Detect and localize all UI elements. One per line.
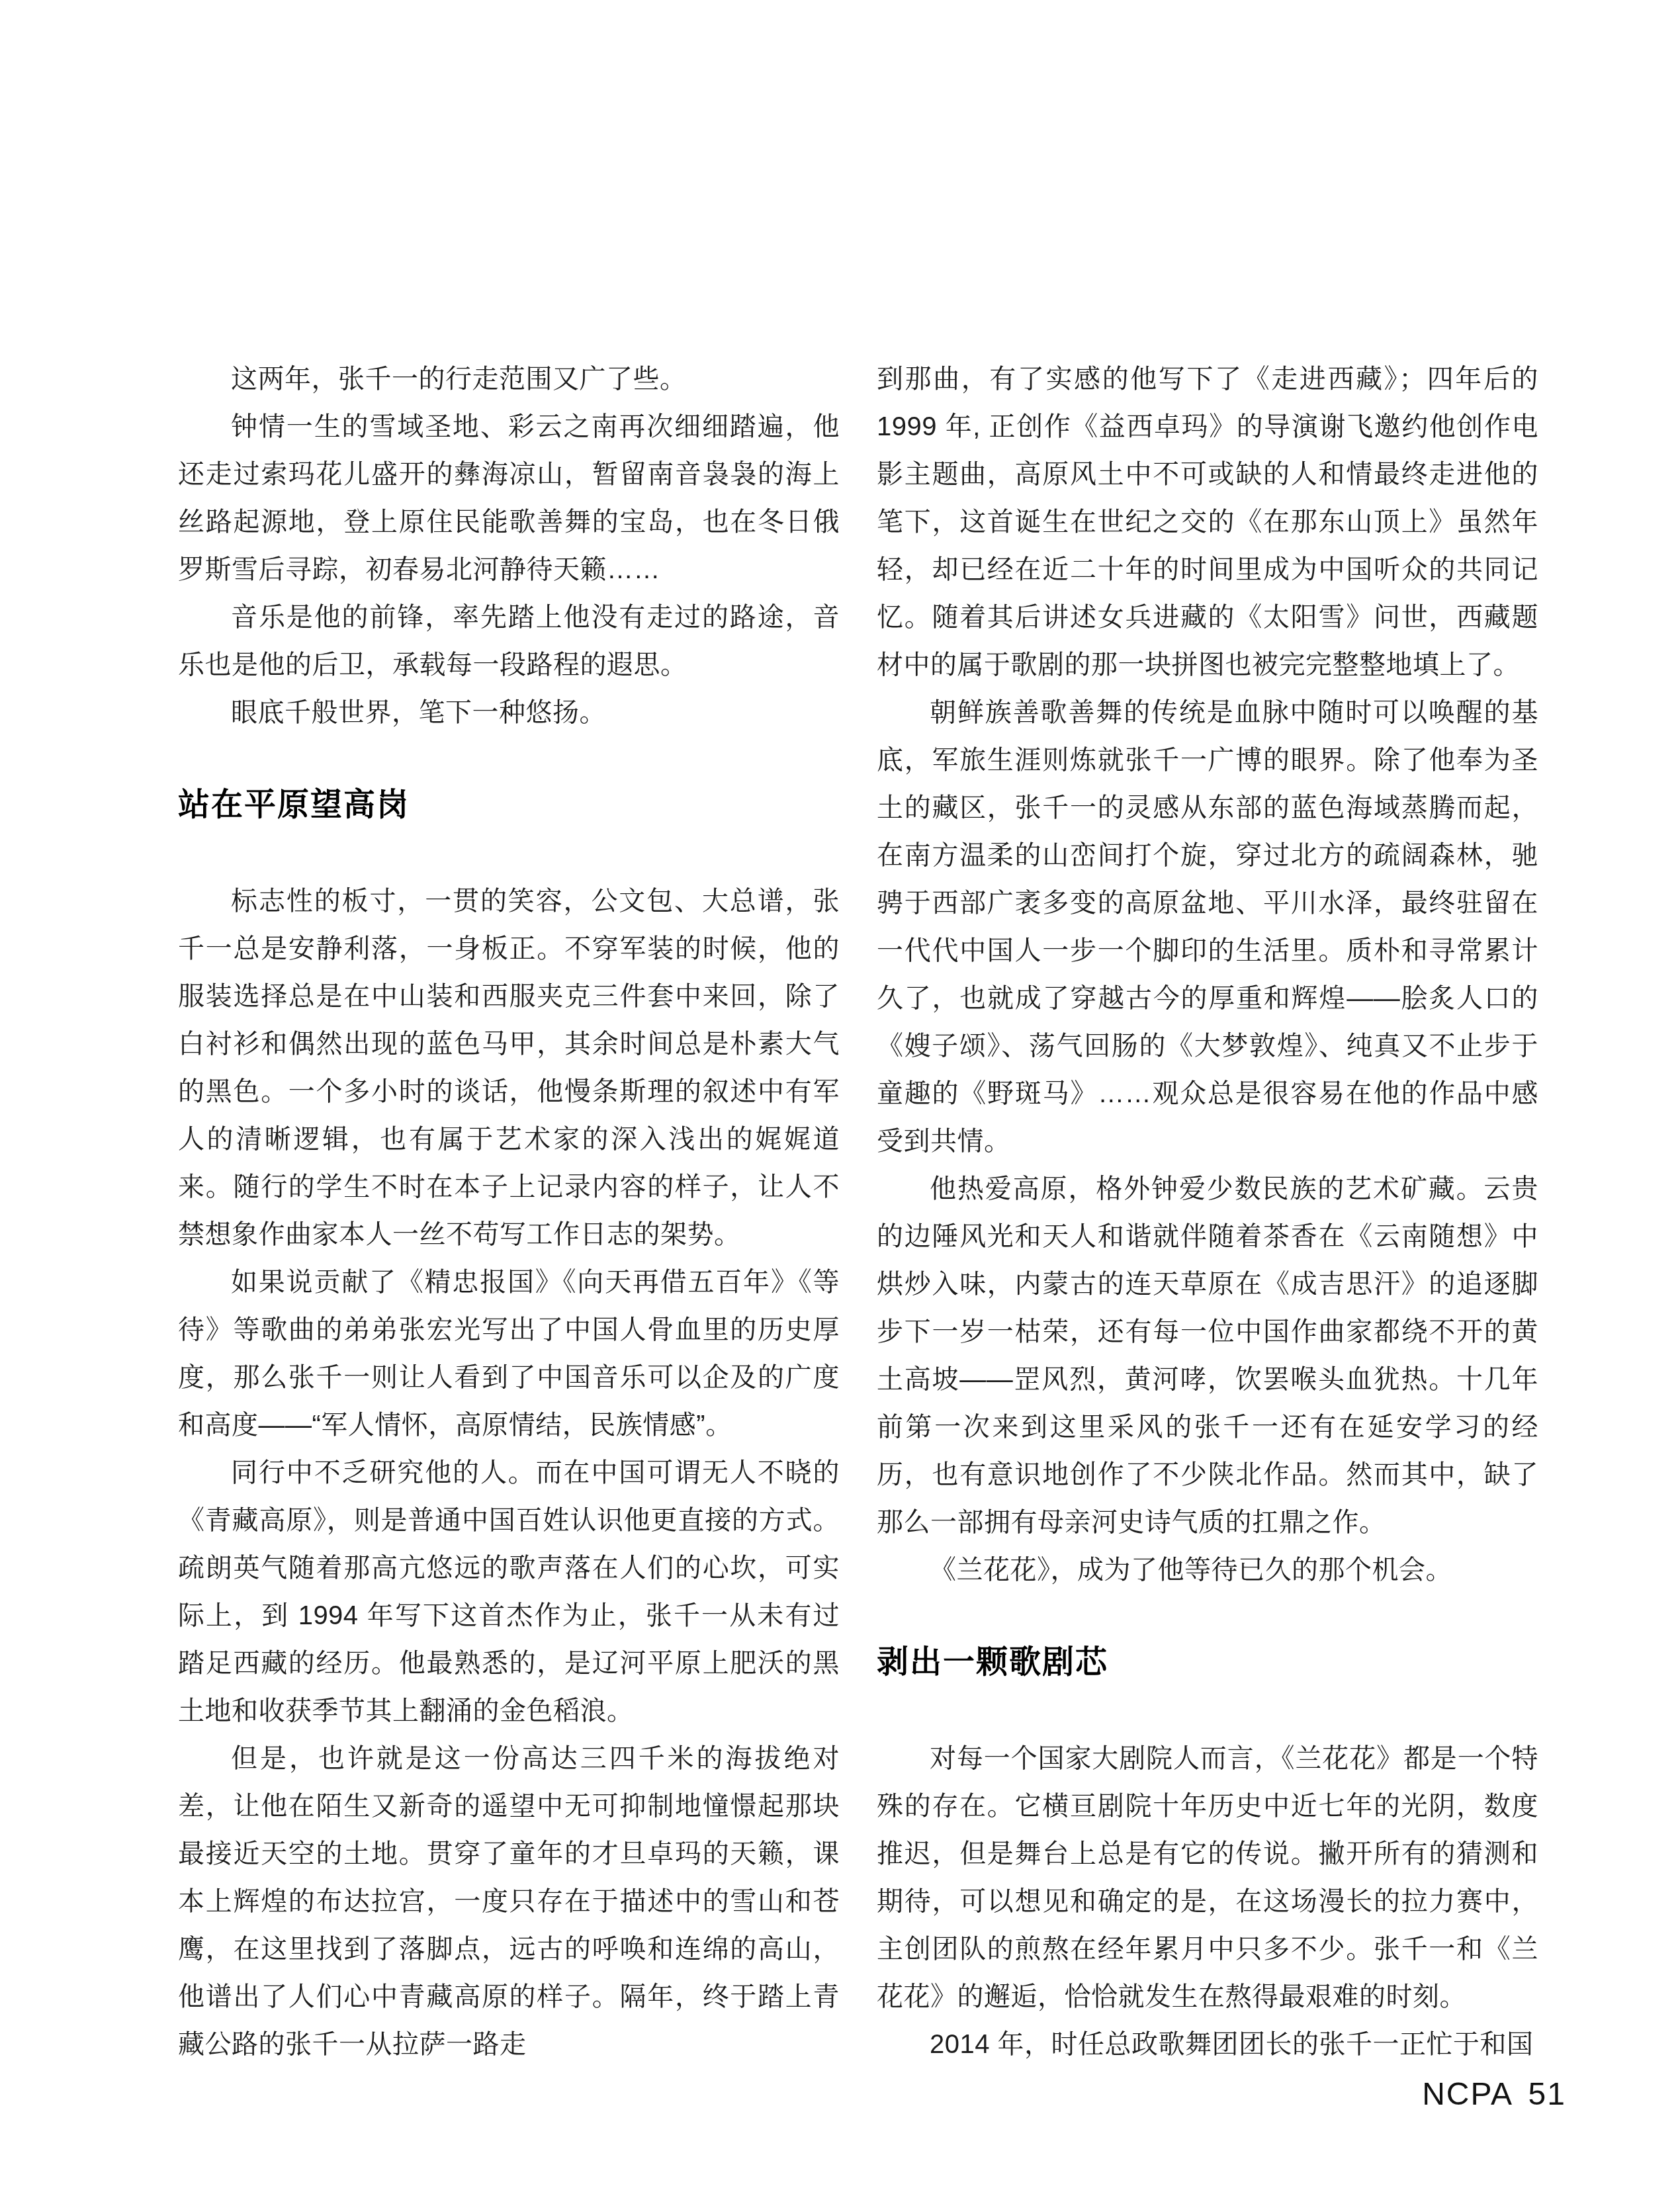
- article-column-left: 这两年，张千一的行走范围又广了些。 钟情一生的雪域圣地、彩云之南再次细细踏遍，他…: [178, 355, 840, 2068]
- page-number-footer: NCPA 51: [1422, 2079, 1566, 2111]
- paragraph: 音乐是他的前锋，率先踏上他没有走过的路途，音乐也是他的后卫，承载每一段路程的遐思…: [178, 593, 840, 689]
- paragraph: 眼底千般世界，笔下一种悠扬。: [178, 689, 840, 736]
- paragraph: 这两年，张千一的行走范围又广了些。: [178, 355, 840, 403]
- paragraph: 钟情一生的雪域圣地、彩云之南再次细细踏遍，他还走过索玛花儿盛开的彝海凉山，暂留南…: [178, 403, 840, 593]
- paragraph: 如果说贡献了《精忠报国》《向天再借五百年》《等待》等歌曲的弟弟张宏光写出了中国人…: [178, 1258, 840, 1449]
- paragraph: 到那曲，有了实感的他写下了《走进西藏》；四年后的 1999 年, 正创作《益西卓…: [877, 355, 1538, 689]
- section-heading: 剥出一颗歌剧芯: [877, 1639, 1538, 1686]
- paragraph: 标志性的板寸，一贯的笑容，公文包、大总谱，张千一总是安静利落，一身板正。不穿军装…: [178, 877, 840, 1258]
- magazine-page: 这两年，张千一的行走范围又广了些。 钟情一生的雪域圣地、彩云之南再次细细踏遍，他…: [0, 0, 1680, 2188]
- paragraph: 《兰花花》，成为了他等待已久的那个机会。: [877, 1546, 1538, 1594]
- paragraph: 朝鲜族善歌善舞的传统是血脉中随时可以唤醒的基底，军旅生涯则炼就张千一广博的眼界。…: [877, 689, 1538, 1165]
- section-heading: 站在平原望高岗: [178, 781, 840, 829]
- paragraph: 但是，也许就是这一份高达三四千米的海拔绝对差，让他在陌生又新奇的遥望中无可抑制地…: [178, 1735, 840, 2068]
- paragraph: 对每一个国家大剧院人而言，《兰花花》都是一个特殊的存在。它横亘剧院十年历史中近七…: [877, 1735, 1538, 2021]
- article-column-right: 到那曲，有了实感的他写下了《走进西藏》；四年后的 1999 年, 正创作《益西卓…: [877, 355, 1538, 2068]
- paragraph: 他热爱高原，格外钟爱少数民族的艺术矿藏。云贵的边陲风光和天人和谐就伴随着茶香在《…: [877, 1165, 1538, 1546]
- paragraph: 同行中不乏研究他的人。而在中国可谓无人不晓的《青藏高原》，则是普通中国百姓认识他…: [178, 1449, 840, 1735]
- paragraph: 2014 年，时任总政歌舞团团长的张千一正忙于和国: [877, 2021, 1538, 2068]
